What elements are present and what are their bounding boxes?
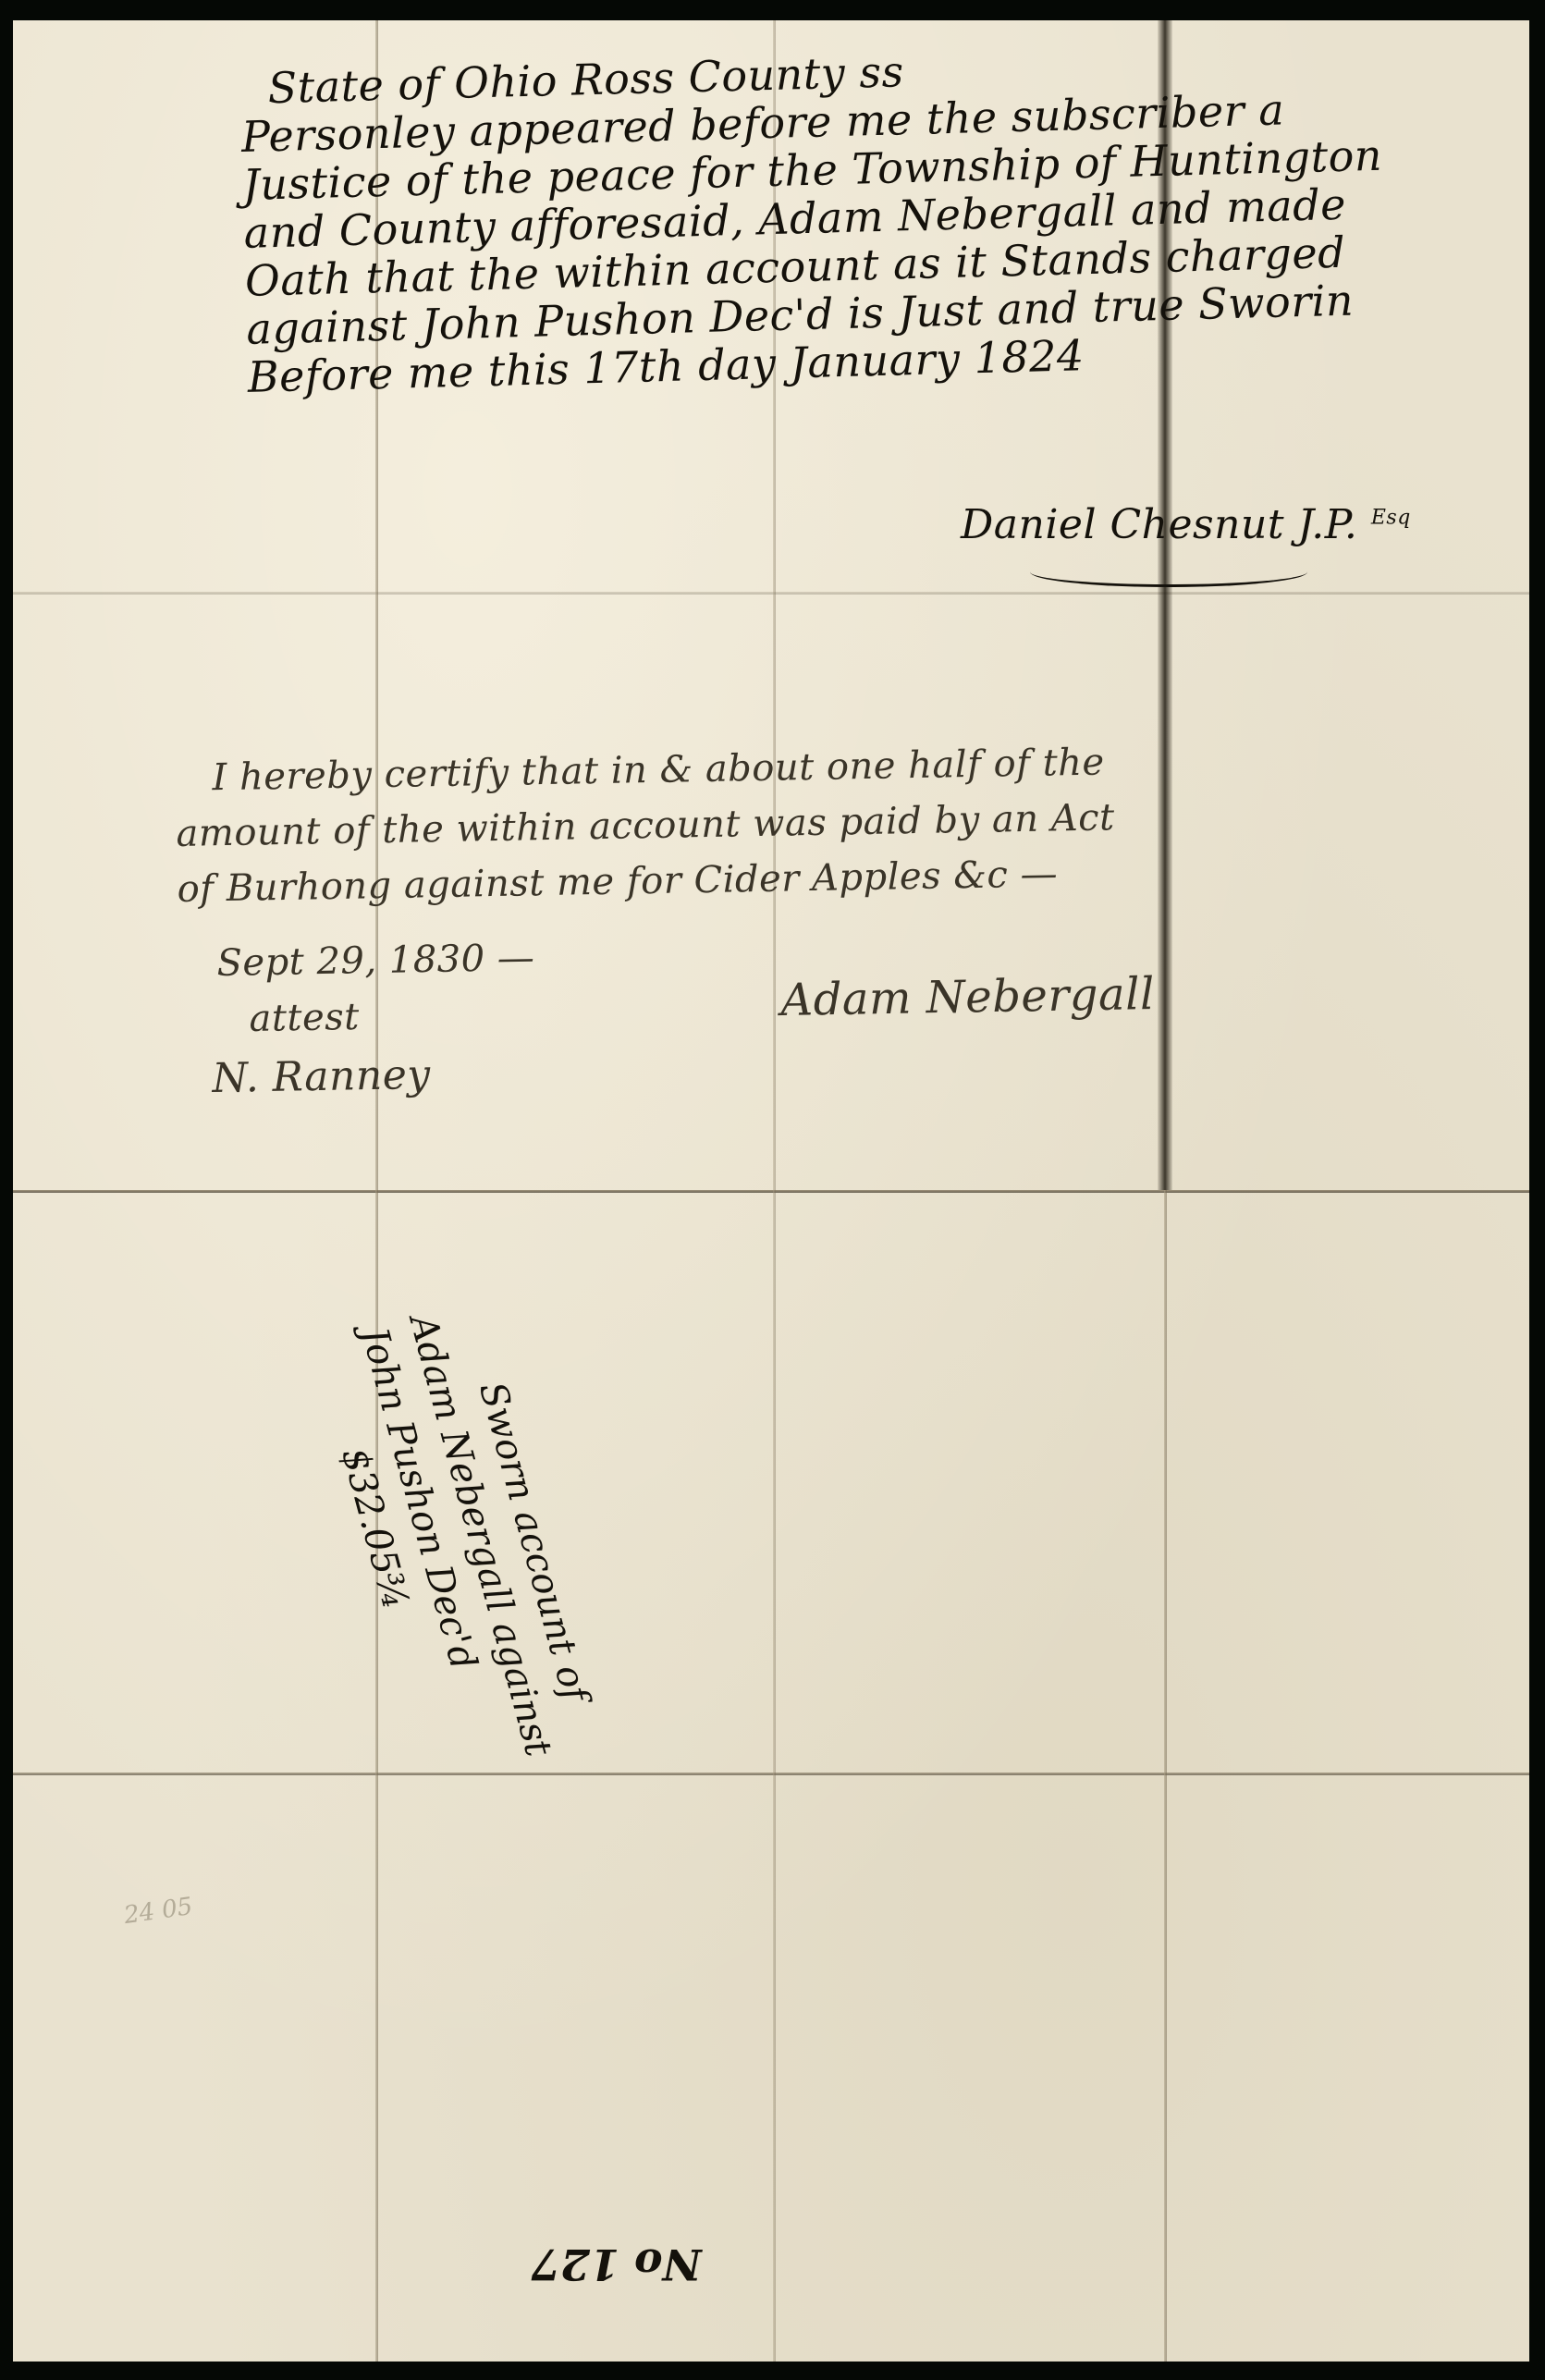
certification-date: Sept 29, 1830 — [216,930,535,991]
attest-label: attest [249,989,360,1047]
signature-flourish [1030,557,1307,587]
witness-signature: N. Ranney [212,1048,431,1107]
certification-block: I hereby certify that in & about one hal… [175,734,1116,917]
justice-signature-name: Daniel Chesnut J.P. [961,501,1357,548]
justice-signature: Daniel Chesnut J.P. Esq [961,501,1411,548]
document-page: State of Ohio Ross County ss Personley a… [13,20,1529,2362]
docket-note: Sworn account of Adam Nebergall against … [300,1296,611,1787]
fold-line-horizontal-1 [13,1190,1529,1193]
oath-block: State of Ohio Ross County ss Personley a… [239,35,1388,401]
fold-line-horizontal-top [13,592,1529,595]
fold-line-horizontal-2 [13,1773,1529,1775]
file-number: No 127 [531,2239,702,2289]
claimant-signature: Adam Nebergall [780,966,1155,1028]
justice-signature-suffix: Esq [1371,506,1411,529]
bleed-through-marks: 24 05 [122,1893,194,1930]
fold-line-vertical-3 [1164,1190,1167,2362]
